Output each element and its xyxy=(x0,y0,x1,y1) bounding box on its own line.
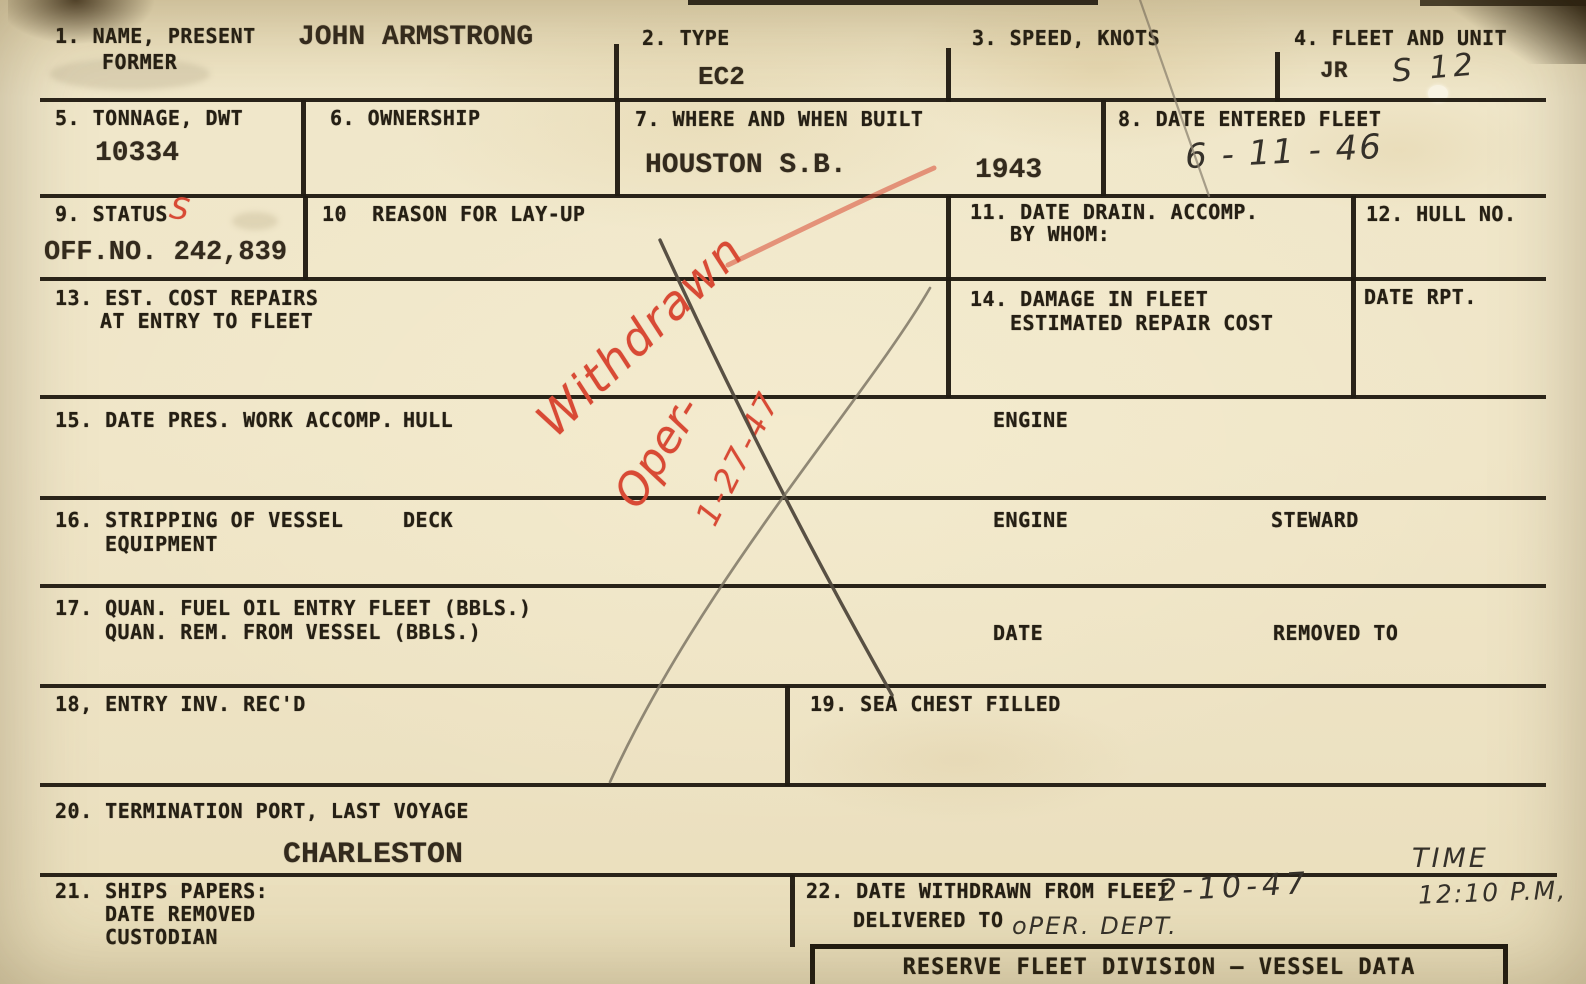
field-10-label: 10 REASON FOR LAY-UP xyxy=(322,202,585,226)
field-15-engine-label: ENGINE xyxy=(993,408,1068,432)
field-20-value: CHARLESTON xyxy=(283,838,463,872)
field-9-value: OFF.NO. 242,839 xyxy=(44,238,287,268)
horizontal-rule xyxy=(40,783,1546,787)
field-22-handwritten-time: 12:10 P.M, xyxy=(1418,875,1568,909)
vertical-rule xyxy=(614,44,619,102)
field-21-label: 21. SHIPS PAPERS: xyxy=(55,879,268,903)
field-7-value-year: 1943 xyxy=(975,155,1042,186)
field-16-engine-label: ENGINE xyxy=(993,508,1068,532)
field-9-label: 9. STATUS xyxy=(55,202,168,226)
red-annotation-withdrawn: Withdrawn xyxy=(525,223,754,447)
field-15-label: 15. DATE PRES. WORK ACCOMP. xyxy=(55,408,394,432)
field-1-label-line2: FORMER xyxy=(102,50,177,74)
horizontal-rule xyxy=(40,584,1546,588)
scan-artifact-top-edge xyxy=(688,0,1098,5)
paper-smudge xyxy=(232,212,278,230)
field-17-label-line2: QUAN. REM. FROM VESSEL (BBLS.) xyxy=(105,620,481,644)
field-2-label: 2. TYPE xyxy=(642,26,730,50)
horizontal-rule xyxy=(40,496,1546,500)
field-21-label-line2: DATE REMOVED xyxy=(105,902,256,926)
field-17-removed-to-label: REMOVED TO xyxy=(1273,621,1398,645)
vertical-rule xyxy=(1351,196,1356,280)
field-18-label: 18, ENTRY INV. REC'D xyxy=(55,692,306,716)
red-annotation-date: 1-27-47 xyxy=(688,384,788,531)
vertical-rule xyxy=(301,100,306,196)
field-13-label: 13. EST. COST REPAIRS xyxy=(55,286,318,310)
vertical-rule xyxy=(1351,279,1356,398)
footer-title: RESERVE FLEET DIVISION – VESSEL DATA xyxy=(903,955,1416,980)
field-16-label-line2: EQUIPMENT xyxy=(105,532,218,556)
horizontal-rule xyxy=(40,684,1546,688)
field-15-hull-label: HULL xyxy=(403,408,453,432)
field-22-time-label: TIME xyxy=(1412,843,1489,874)
field-20-label: 20. TERMINATION PORT, LAST VOYAGE xyxy=(55,799,469,823)
red-pencil-flourish xyxy=(728,168,934,265)
field-16-label: 16. STRIPPING OF VESSEL xyxy=(55,508,343,532)
horizontal-rule xyxy=(40,98,1546,102)
scan-artifact-top-edge-right xyxy=(1420,0,1586,6)
footer-title-box: RESERVE FLEET DIVISION – VESSEL DATA xyxy=(810,944,1508,984)
field-22-label: 22. DATE WITHDRAWN FROM FLEET xyxy=(806,879,1170,903)
field-16-steward-label: STEWARD xyxy=(1271,508,1359,532)
field-7-value: HOUSTON S.B. xyxy=(645,150,847,181)
field-19-label: 19. SEA CHEST FILLED xyxy=(810,692,1061,716)
field-2-value: EC2 xyxy=(698,62,745,92)
field-21-label-line3: CUSTODIAN xyxy=(105,925,218,949)
field-22-handwritten-date: 2-10-47 xyxy=(1157,866,1311,909)
field-4-value: JR xyxy=(1320,58,1348,84)
field-11-label-line2: BY WHOM: xyxy=(1010,222,1110,246)
vertical-rule xyxy=(790,875,795,947)
vertical-rule xyxy=(946,196,951,280)
field-8-handwritten-date: 6 - 11 - 46 xyxy=(1184,127,1384,177)
vertical-rule xyxy=(1275,52,1280,102)
horizontal-rule xyxy=(40,194,1546,198)
horizontal-rule xyxy=(40,395,1546,399)
field-17-label: 17. QUAN. FUEL OIL ENTRY FLEET (BBLS.) xyxy=(55,596,532,620)
field-16-deck-label: DECK xyxy=(403,508,453,532)
vertical-rule xyxy=(303,196,308,280)
field-14-label-line2: ESTIMATED REPAIR COST xyxy=(1010,311,1273,335)
vessel-data-card: 1. NAME, PRESENT FORMER JOHN ARMSTRONG 2… xyxy=(0,0,1586,984)
field-8-label: 8. DATE ENTERED FLEET xyxy=(1118,107,1381,131)
horizontal-rule xyxy=(40,277,1546,281)
field-11-label: 11. DATE DRAIN. ACCOMP. xyxy=(970,200,1258,224)
field-12-label: 12. HULL NO. xyxy=(1366,202,1517,226)
vertical-rule xyxy=(785,686,790,786)
field-7-label: 7. WHERE AND WHEN BUILT xyxy=(635,107,923,131)
field-13-label-line2: AT ENTRY TO FLEET xyxy=(100,309,313,333)
field-14-date-rpt-label: DATE RPT. xyxy=(1364,285,1477,309)
vertical-rule xyxy=(1101,100,1106,196)
field-17-date-label: DATE xyxy=(993,621,1043,645)
field-5-label: 5. TONNAGE, DWT xyxy=(55,106,243,130)
field-5-value: 10334 xyxy=(95,138,179,169)
field-1-value: JOHN ARMSTRONG xyxy=(298,22,533,53)
field-22-delivered-to-label: DELIVERED TO xyxy=(853,908,1004,932)
field-3-label: 3. SPEED, KNOTS xyxy=(972,26,1160,50)
field-14-label: 14. DAMAGE IN FLEET xyxy=(970,287,1208,311)
field-6-label: 6. OWNERSHIP xyxy=(330,106,481,130)
field-1-label: 1. NAME, PRESENT xyxy=(55,24,256,48)
field-4-handwritten-unit: S 12 xyxy=(1391,46,1479,89)
field-22-handwritten-dept: oPER. DEPT. xyxy=(1012,912,1178,940)
horizontal-rule xyxy=(40,873,1557,877)
vertical-rule xyxy=(946,48,951,102)
vertical-rule xyxy=(615,100,620,196)
vertical-rule xyxy=(946,279,951,398)
